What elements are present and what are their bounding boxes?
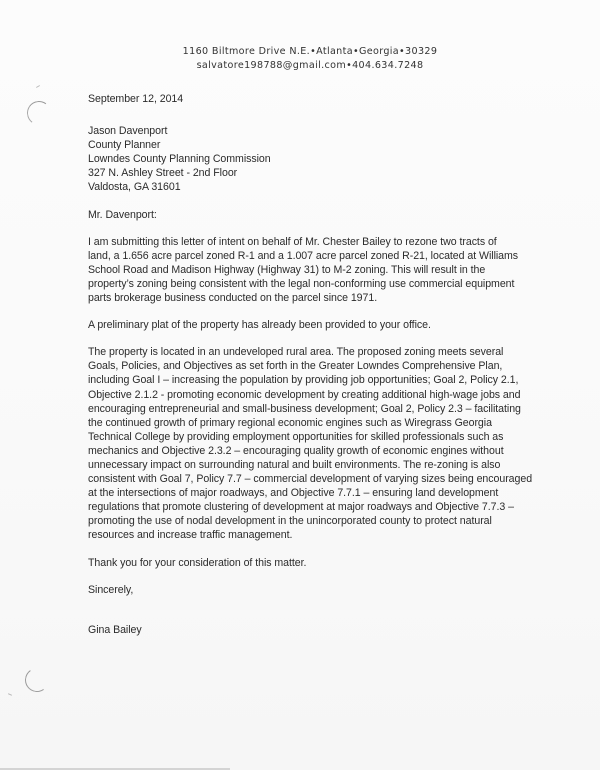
paragraph-line: Thank you for your consideration of this…: [88, 556, 588, 570]
paragraph-line: promoting the use of nodal development i…: [88, 514, 588, 528]
paragraph-line: I am submitting this letter of intent on…: [88, 235, 588, 249]
paragraph-line: Technical College by providing employmen…: [88, 430, 588, 444]
paragraph-line: consistent with Goal 7, Policy 7.7 – com…: [88, 472, 588, 486]
paragraph-line: parts brokerage business conducted on th…: [88, 291, 588, 305]
paragraph-line: regulations that promote clustering of d…: [88, 500, 588, 514]
scan-speck: [36, 85, 40, 88]
recipient-street: 327 N. Ashley Street - 2nd Floor: [88, 166, 588, 180]
scanned-letter-page: 1160 Biltmore Drive N.E.•Atlanta•Georgia…: [0, 0, 600, 770]
recipient-name: Jason Davenport: [88, 124, 588, 138]
paragraph-line: mechanics and Objective 2.3.2 – encourag…: [88, 444, 588, 458]
paragraph-line: land, a 1.656 acre parcel zoned R-1 and …: [88, 249, 588, 263]
scan-speck: [8, 693, 12, 696]
letter-body: September 12, 2014 Jason Davenport Count…: [88, 92, 588, 637]
paragraph-line: at the intersections of major roadways, …: [88, 486, 588, 500]
paragraph-line: unnecessary impact on surrounding natura…: [88, 458, 588, 472]
paragraph-line: encouraging entrepreneurial and small-bu…: [88, 402, 588, 416]
paragraph-line: resources and increase traffic managemen…: [88, 528, 588, 542]
punch-hole-mark-top: [25, 99, 52, 126]
paragraph-thanks: Thank you for your consideration of this…: [88, 556, 588, 570]
letterhead-contact: salvatore198788@gmail.com•404.634.7248: [0, 59, 600, 73]
paragraph-line: property’s zoning being consistent with …: [88, 277, 588, 291]
salutation: Mr. Davenport:: [88, 208, 588, 222]
recipient-title: County Planner: [88, 138, 588, 152]
recipient-organization: Lowndes County Planning Commission: [88, 152, 588, 166]
paragraph-line: Goals, Policies, and Objectives as set f…: [88, 359, 588, 373]
punch-hole-mark-bottom: [23, 666, 51, 694]
paragraph-line: the continued growth of primary regional…: [88, 416, 588, 430]
recipient-city-state-zip: Valdosta, GA 31601: [88, 180, 588, 194]
paragraph-plat: A preliminary plat of the property has a…: [88, 318, 588, 332]
closing: Sincerely,: [88, 583, 588, 597]
recipient-block: Jason Davenport County Planner Lowndes C…: [88, 124, 588, 194]
paragraph-zoning-justification: The property is located in an undevelope…: [88, 345, 588, 542]
paragraph-line: The property is located in an undevelope…: [88, 345, 588, 359]
paragraph-line: School Road and Madison Highway (Highway…: [88, 263, 588, 277]
letterhead: 1160 Biltmore Drive N.E.•Atlanta•Georgia…: [0, 45, 600, 73]
paragraph-line: A preliminary plat of the property has a…: [88, 318, 588, 332]
paragraph-line: Objective 2.1.2 - promoting economic dev…: [88, 388, 588, 402]
letter-date: September 12, 2014: [88, 92, 588, 106]
paragraph-line: including Goal I – increasing the popula…: [88, 373, 588, 387]
letterhead-address: 1160 Biltmore Drive N.E.•Atlanta•Georgia…: [0, 45, 600, 59]
paragraph-intent: I am submitting this letter of intent on…: [88, 235, 588, 305]
signature-name: Gina Bailey: [88, 623, 588, 637]
